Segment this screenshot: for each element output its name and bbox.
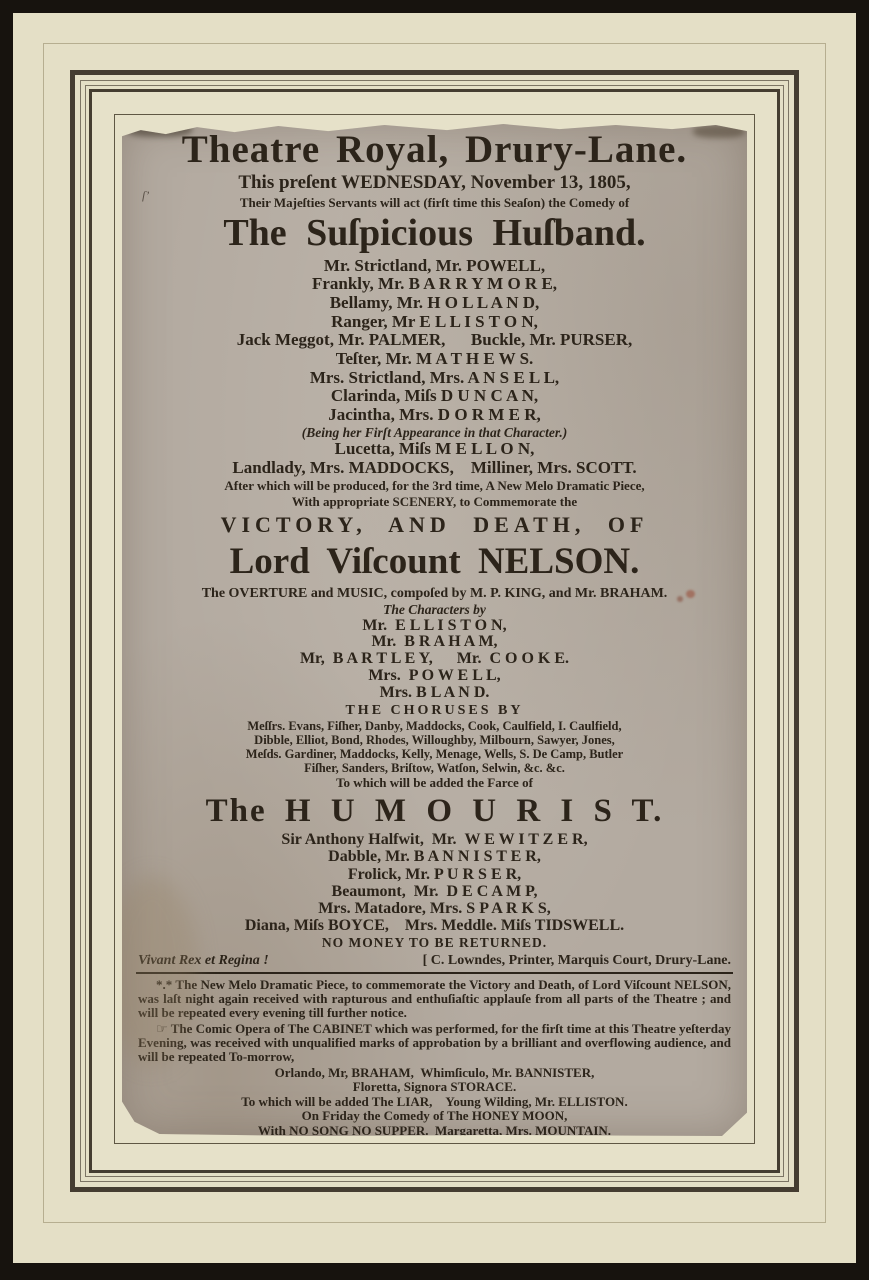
cast-line: Frankly, Mr. B A R R Y M O R E, [134,275,735,294]
mat-thin-rule-2: ſ’ Theatre Royal, Drury-Lane. This preſe… [85,85,784,1177]
suspicious-husband-title: The Suſpicious Huſband. [134,212,735,255]
notice-line: Orlando, Mr, BRAHAM, Whimſiculo, Mr. BAN… [134,1066,735,1081]
cast-line: NO MONEY TO BE RETURNED. [134,935,735,952]
cast-line: Clarinda, Miſs D U N C A N, [134,387,735,406]
servants-line: Their Majeſties Servants will act (firſt… [134,195,735,211]
cast-line: Mrs. Strictland, Mrs. A N S E L L, [134,369,735,388]
cast-line: Lucetta, Miſs M E L L O N, [134,440,735,459]
closing-notices: Orlando, Mr, BRAHAM, Whimſiculo, Mr. BAN… [134,1066,735,1136]
character-line: Mr. E L L I S T O N, [134,618,735,635]
cast-line: Beaumont, Mr. D E C A M P, [134,883,735,900]
chorus-line: Meſſrs. Evans, Fiſher, Danby, Maddocks, … [134,719,735,733]
cast-line: Mr. Strictland, Mr. POWELL, [134,257,735,276]
mat-bevel-line: ſ’ Theatre Royal, Drury-Lane. This preſe… [43,43,826,1223]
cast-line: Diana, Miſs BOYCE, Mrs. Meddle. Miſs TID… [134,917,735,934]
royal-motto: Vivant Rex et Regina ! [138,953,269,969]
overture-line: The OVERTURE and MUSIC, compoſed by M. P… [134,585,735,603]
photo-background: ſ’ Theatre Royal, Drury-Lane. This preſe… [0,0,869,1280]
notice-line: Floretta, Signora STORACE. [134,1080,735,1095]
character-line: Mr, B A R T L E Y, Mr. C O O K E. [134,651,735,668]
characters-by-line: The Characters by [134,602,735,618]
humourist-title: The H U M O U R I S T. [134,793,735,829]
notice-line: With NO SONG NO SUPPER. Margaretta, Mrs.… [134,1124,735,1136]
cast-line: Jacintha, Mrs. D O R M E R, [134,406,735,425]
character-line: Mrs. P O W E L L, [134,668,735,685]
mat-innermost-rule: ſ’ Theatre Royal, Drury-Lane. This preſe… [114,114,755,1144]
cast-line: Sir Anthony Halfwit, Mr. W E W I T Z E R… [134,831,735,848]
chorus-line: Dibble, Elliot, Bond, Rhodes, Willoughby… [134,733,735,747]
cast-line: Jack Meggot, Mr. PALMER, Buckle, Mr. PUR… [134,331,735,350]
notice-line: To which will be added The LIAR, Young W… [134,1095,735,1110]
playbill-paper: ſ’ Theatre Royal, Drury-Lane. This preſe… [122,122,747,1136]
mat-heavy-rule: ſ’ Theatre Royal, Drury-Lane. This preſe… [89,89,780,1173]
humourist-cast: Sir Anthony Halfwit, Mr. W E W I T Z E R… [134,831,735,951]
chorus-line: Meſds. Gardiner, Maddocks, Kelly, Menage… [134,747,735,761]
notice-line: On Friday the Comedy of The HONEY MOON, [134,1109,735,1124]
cast-line: Landlady, Mrs. MADDOCKS, Milliner, Mrs. … [134,459,735,478]
nelson-characters: Mr. E L L I S T O N,Mr. B R A H A M,Mr, … [134,618,735,702]
cast-line: Mrs. Matadore, Mrs. S P A R K S, [134,900,735,917]
printer-credit: [ C. Lowndes, Printer, Marquis Court, Dr… [423,953,731,969]
produced-line: After which will be produced, for the 3r… [134,478,735,494]
cast-line: Bellamy, Mr. H O L L A N D, [134,294,735,313]
cast-line: Frolick, Mr. P U R S E R, [134,866,735,883]
masthead-title: Theatre Royal, Drury-Lane. [134,130,735,171]
separator-rule [136,972,733,974]
victory-line: VICTORY, AND DEATH, OF [134,511,735,540]
suspicious-husband-cast: Mr. Strictland, Mr. POWELL,Frankly, Mr. … [134,257,735,478]
cast-line: Dabble, Mr. B A N N I S T E R, [134,848,735,865]
cast-line: (Being her Firſt Appearance in that Char… [134,425,735,441]
cast-line: Ranger, Mr E L L I S T O N, [134,313,735,332]
choruses-heading: THE CHORUSES BY [134,703,735,720]
nelson-title: Lord Viſcount NELSON. [134,541,735,584]
chorus-line: Fiſher, Sanders, Briſtow, Watſon, Selwin… [134,761,735,775]
imprint-row: Vivant Rex et Regina ! [ C. Lowndes, Pri… [138,953,731,969]
pencil-mark: ſ’ [142,188,149,203]
nelson-choruses: Meſſrs. Evans, Fiſher, Danby, Maddocks, … [134,719,735,775]
scenery-line: With appropriate SCENERY, to Commemorate… [134,494,735,510]
farce-added-line: To which will be added the Farce of [134,775,735,791]
mat-thin-rule-1: ſ’ Theatre Royal, Drury-Lane. This preſe… [80,80,789,1182]
mat-outer-rule: ſ’ Theatre Royal, Drury-Lane. This preſe… [70,70,799,1192]
character-line: Mr. B R A H A M, [134,634,735,651]
character-line: Mrs. B L A N D. [134,685,735,702]
frame-mat: ſ’ Theatre Royal, Drury-Lane. This preſe… [13,13,856,1263]
nelson-notice-paragraph: *.* The New Melo Dramatic Piece, to comm… [138,978,731,1020]
cabinet-notice-paragraph: ☞ The Comic Opera of The CABINET which w… [138,1022,731,1064]
date-line: This preſent WEDNESDAY, November 13, 180… [134,171,735,195]
cast-line: Teſter, Mr. M A T H E W S. [134,350,735,369]
